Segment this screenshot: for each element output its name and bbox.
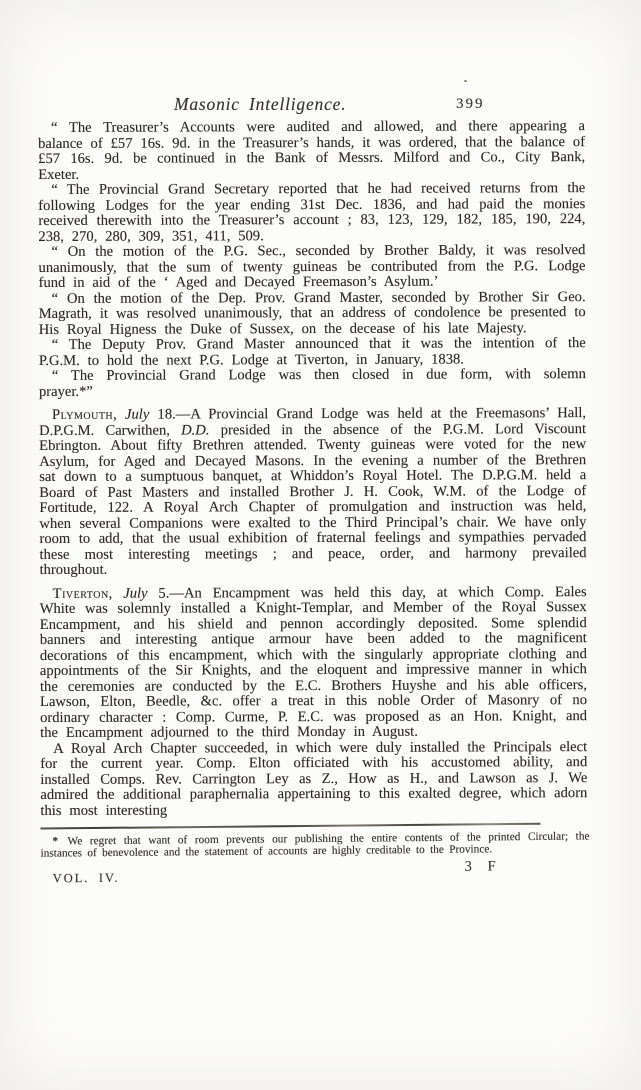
- footnote-marker: *: [52, 835, 60, 847]
- body-paragraph: Tiverton, July 5.—An Encampment was held…: [40, 585, 588, 742]
- volume-label: VOL. IV.: [53, 871, 120, 887]
- article-content: “ The Treasurer’s Accounts were audited …: [38, 119, 588, 888]
- footnote: * We regret that want of room prevents o…: [40, 830, 589, 860]
- running-title: Masonic Intelligence.: [174, 94, 346, 115]
- ink-speck: [464, 80, 467, 82]
- body-paragraph: “ The Deputy Prov. Grand Master announce…: [39, 336, 586, 369]
- printer-signature-mark: 3 F: [465, 859, 500, 875]
- body-paragraph: “ The Treasurer’s Accounts were audited …: [38, 119, 585, 183]
- article-body: “ The Treasurer’s Accounts were audited …: [38, 119, 587, 819]
- footnote-text: We regret that want of room prevents our…: [41, 830, 590, 860]
- footnote-divider: [40, 823, 540, 830]
- body-paragraph: A Royal Arch Chapter succeeded, in which…: [40, 740, 587, 819]
- body-paragraph: “ On the motion of the P.G. Sec., second…: [38, 243, 585, 291]
- body-paragraph: Plymouth, July 18.—A Provincial Grand Lo…: [39, 406, 587, 578]
- body-paragraph: “ On the motion of the Dep. Prov. Grand …: [39, 290, 586, 338]
- scanned-book-page: Masonic Intelligence. 399 “ The Treasure…: [0, 0, 641, 1090]
- body-paragraph: “ The Provincial Grand Secretary reporte…: [38, 181, 585, 245]
- body-paragraph: “ The Provincial Grand Lodge was then cl…: [39, 367, 586, 400]
- page-footer: VOL. IV. 3 F: [41, 858, 588, 889]
- page-number: 399: [456, 96, 485, 113]
- page-header: Masonic Intelligence. 399: [38, 94, 585, 118]
